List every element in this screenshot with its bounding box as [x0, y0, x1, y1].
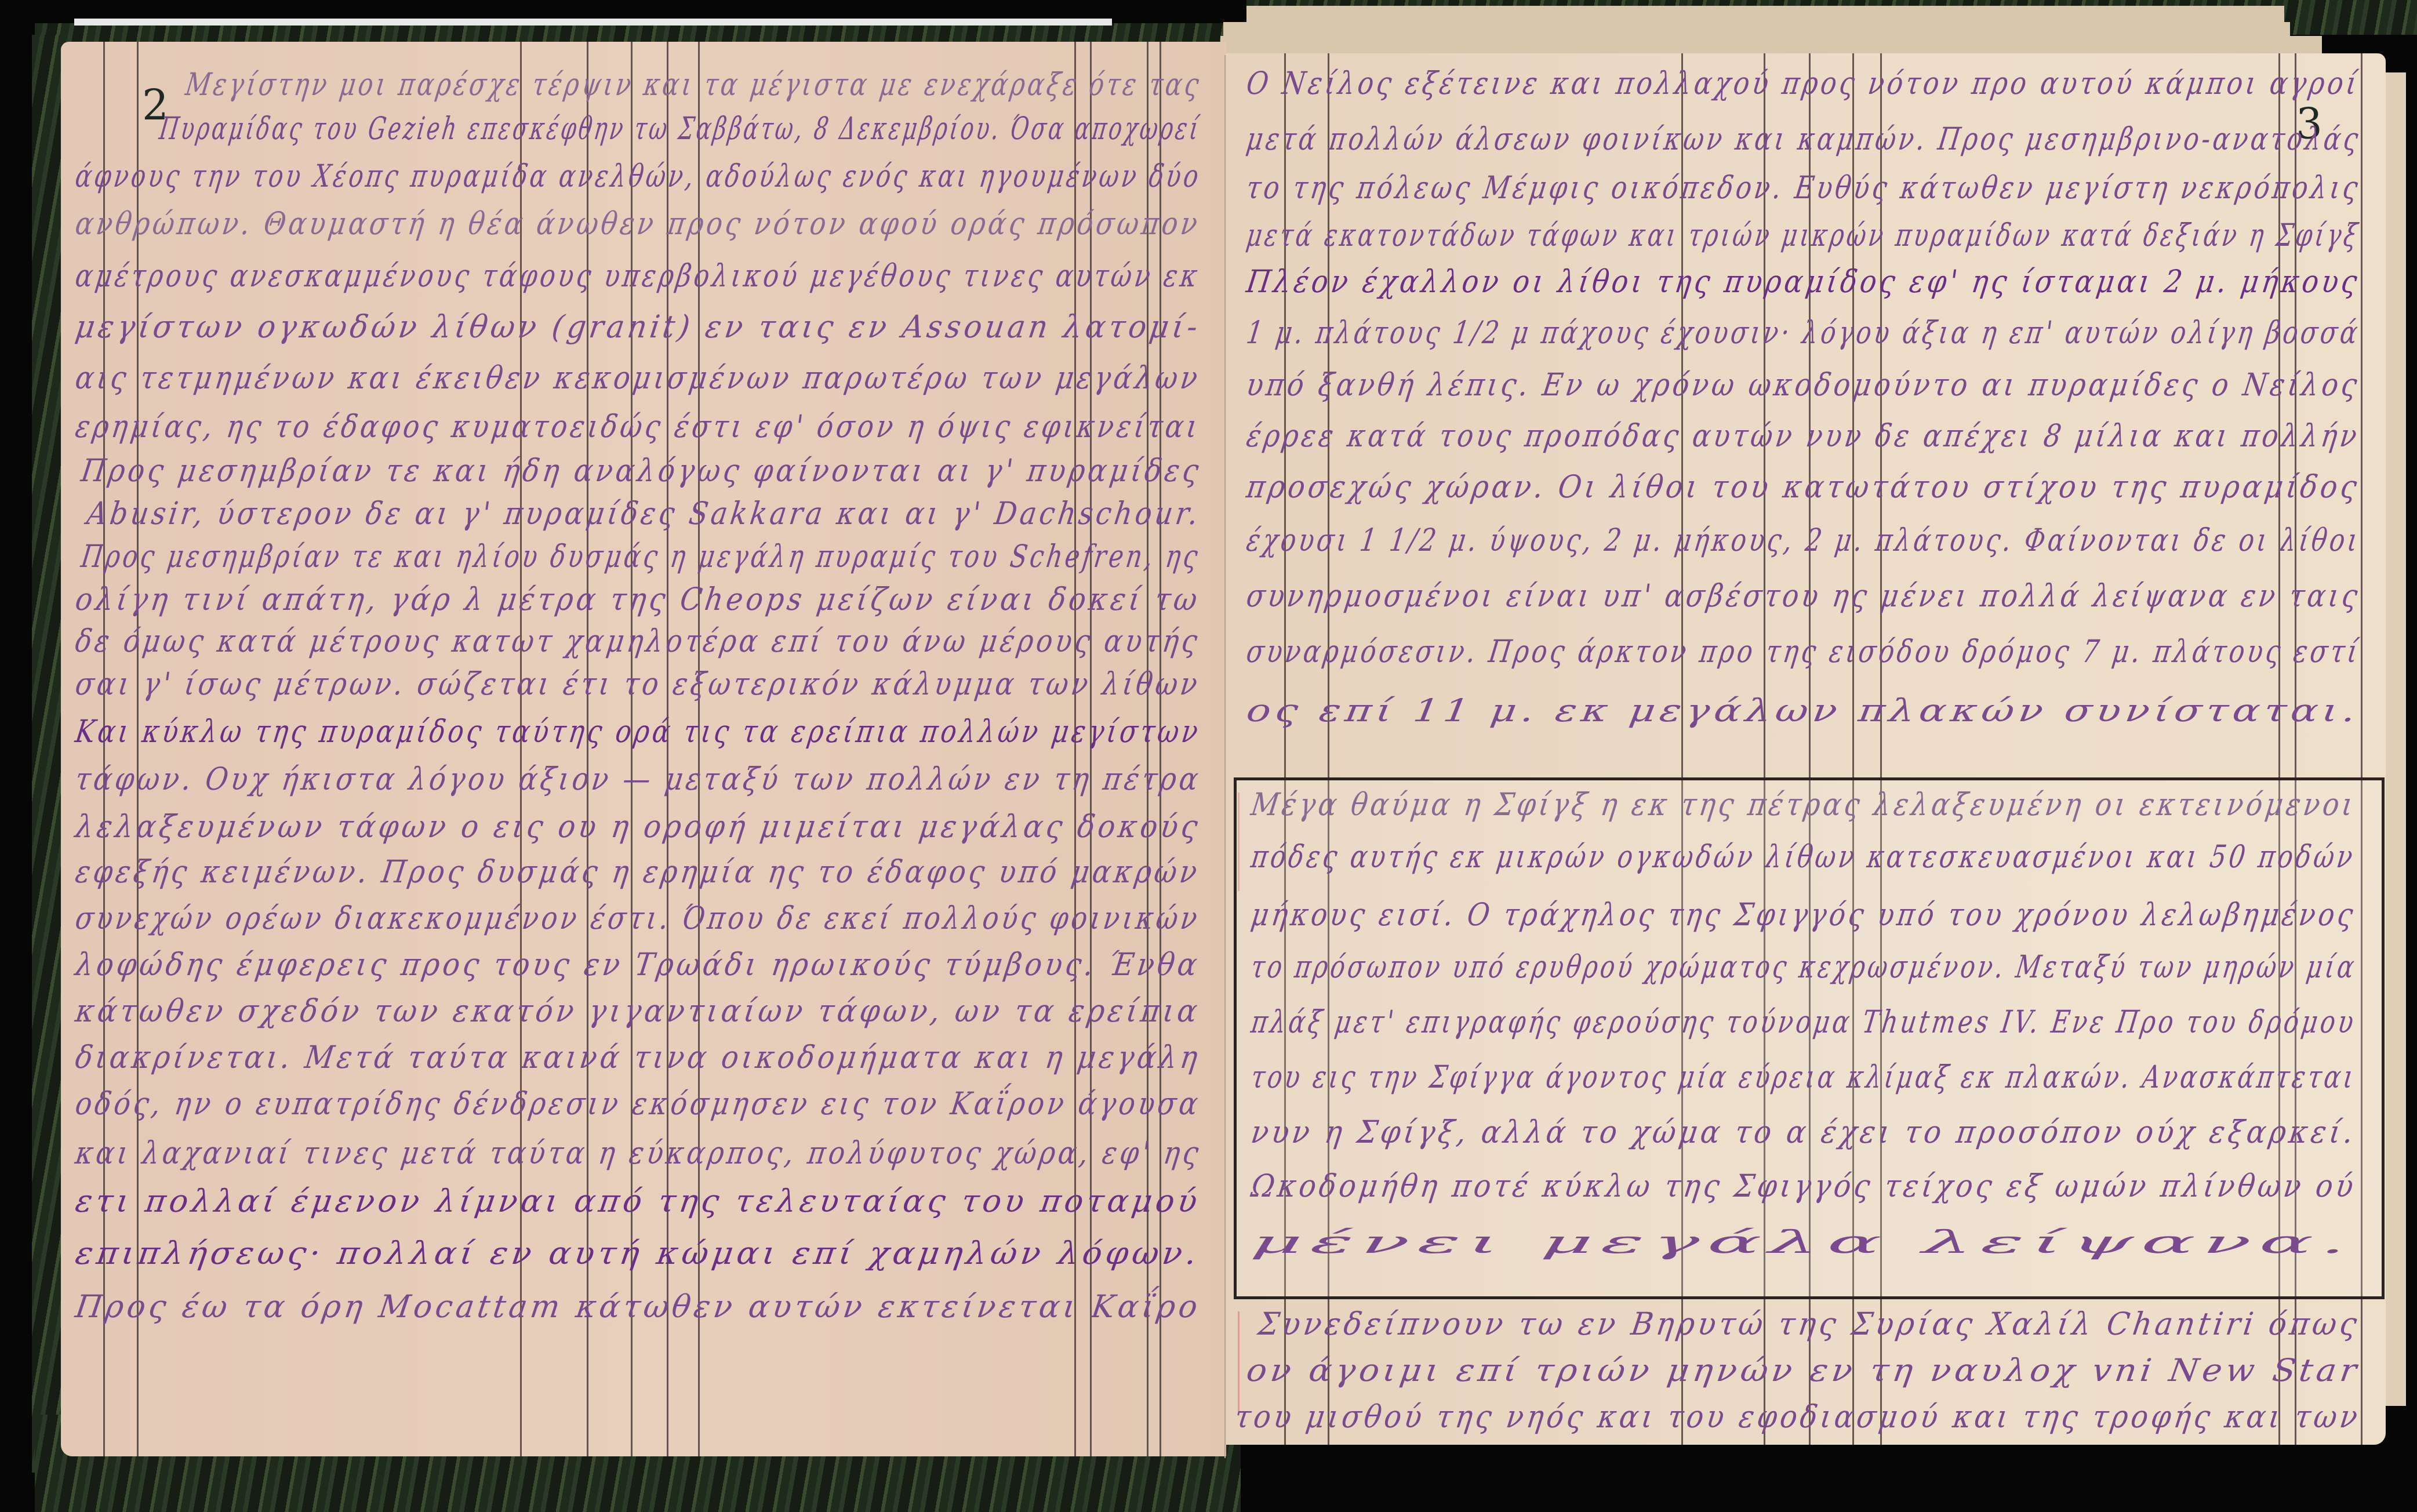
- text-line: 1 μ. πλάτους 1/2 μ πάχους έχουσιν· λόγου…: [1244, 314, 2363, 351]
- text-line: κάτωθεν σχεδόν των εκατόν γιγαντιαίων τά…: [73, 993, 1202, 1029]
- text-line: Προς μεσημβρίαν τε και ηλίου δυσμάς η με…: [79, 538, 1202, 575]
- text-line: δε όμως κατά μέτρους κατωτ χαμηλοτέρα επ…: [73, 623, 1202, 659]
- text-line: μετά εκατοντάδων τάφων και τριών μικρών …: [1244, 217, 2362, 253]
- text-line: Πλέον έχαλλον οι λίθοι της πυραμίδος εφ'…: [1244, 263, 2363, 300]
- text-line: συναρμόσεσιν. Προς άρκτον προ της εισόδο…: [1244, 633, 2363, 670]
- annotation-box[interactable]: Μέγα θαύμα η Σφίγξ η εκ της πέτρας λελαξ…: [1234, 777, 2385, 1299]
- text-line: οδός, ην ο ευπατρίδης δένδρεσιν εκόσμησε…: [73, 1085, 1203, 1122]
- text-line: λοφώδης έμφερεις προς τους εν Τρωάδι ηρω…: [73, 946, 1202, 983]
- boxed-text-line: το πρόσωπον υπό ερυθρού χρώματος κεχρωσμ…: [1249, 948, 2359, 985]
- text-line: ετι πολλαί έμενον λίμναι από της τελευτα…: [73, 1183, 1203, 1219]
- boxed-text-line: πλάξ μετ' επιγραφής φερούσης τούνομα Thu…: [1249, 1004, 2358, 1040]
- text-line: ολίγη τινί απάτη, γάρ λ μέτρα της Cheops…: [73, 581, 1202, 617]
- book-gutter: [1224, 55, 1226, 1458]
- boxed-text-line: Μέγα θαύμα η Σφίγξ η εκ της πέτρας λελαξ…: [1249, 786, 2358, 823]
- boxed-text-line: πόδες αυτής εκ μικρών ογκωδών λίθων κατε…: [1249, 838, 2358, 875]
- text-line: ανθρώπων. Θαυμαστή η θέα άνωθεν προς νότ…: [73, 205, 1202, 242]
- text-line: προσεχώς χώραν. Οι λίθοι του κατωτάτου σ…: [1244, 468, 2362, 505]
- text-line: Ο Νείλος εξέτεινε και πολλαχού προς νότο…: [1244, 65, 2362, 101]
- text-line: λελαξευμένων τάφων ο εις ου η οροφή μιμε…: [73, 808, 1203, 845]
- text-line: αις τετμημένων και έκειθεν κεκομισμένων …: [73, 359, 1203, 396]
- text-line: εφεξής κειμένων. Προς δυσμάς η ερημία ης…: [73, 853, 1202, 890]
- text-line: διακρίνεται. Μετά ταύτα καινά τινα οικοδ…: [73, 1039, 1203, 1075]
- text-line: Μεγίστην μοι παρέσχε τέρψιν και τα μέγισ…: [183, 66, 1204, 103]
- text-line: έχουσι 1 1/2 μ. ύψους, 2 μ. μήκους, 2 μ.…: [1244, 522, 2363, 558]
- text-line: Συνεδείπνουν τω εν Βηρυτώ της Συρίας Χαλ…: [1256, 1306, 2362, 1342]
- text-line: ον άγοιμι επί τριών μηνών εν τη ναυλοχ v…: [1244, 1352, 2363, 1389]
- text-line: του μισθού της νηός και του εφοδιασμού κ…: [1233, 1398, 2363, 1435]
- text-line: τάφων. Ουχ ήκιστα λόγου άξιον — μεταξύ τ…: [73, 761, 1204, 797]
- text-line: ος επί 11 μ. εκ μεγάλων πλακών συνίστατα…: [1244, 692, 2363, 729]
- text-line: αμέτρους ανεσκαμμένους τάφους υπερβολικο…: [73, 257, 1202, 294]
- text-line: το της πόλεως Μέμφις οικόπεδον. Ευθύς κά…: [1244, 169, 2363, 206]
- text-line: Προς έω τα όρη Mocattam κάτωθεν αυτών εκ…: [73, 1288, 1203, 1325]
- text-line: Και κύκλω της πυραμίδος ταύτης ορά τις τ…: [73, 713, 1203, 750]
- boxed-text-line: του εις την Σφίγγα άγοντος μία εύρεια κλ…: [1249, 1059, 2358, 1095]
- text-line: μεγίστων ογκωδών λίθων (granit) εν ταις …: [73, 308, 1203, 345]
- right-page: 3 Ο Νείλος εξέτεινε και πολλαχού προς νό…: [1226, 53, 2386, 1445]
- page-stack-3: [1220, 36, 2322, 55]
- text-line: έρρεε κατά τους προπόδας αυτών νυν δε απ…: [1244, 417, 2362, 454]
- boxed-text-line: μήκους εισί. Ο τράχηλος της Σφιγγός υπό …: [1249, 896, 2358, 933]
- text-line: υπό ξανθή λέπις. Εν ω χρόνω ωκοδομούντο …: [1244, 366, 2363, 403]
- text-line: Πυραμίδας του Gezieh επεσκέφθην τω Σαββά…: [157, 110, 1203, 147]
- text-line: μετά πολλών άλσεων φοινίκων και καμπών. …: [1244, 121, 2363, 157]
- text-line: συνηρμοσμένοι είναι υπ' ασβέστου ης μένε…: [1244, 577, 2363, 614]
- text-line: Abusir, ύστερον δε αι γ' πυραμίδες Sakka…: [85, 495, 1204, 532]
- text-line: Προς μεσημβρίαν τε και ήδη αναλόγως φαίν…: [79, 452, 1204, 489]
- text-line: ερημίας, ης το έδαφος κυματοειδώς έστι ε…: [73, 408, 1202, 445]
- boxed-text-line: μένει μεγάλα λείψανα.: [1249, 1224, 2357, 1260]
- boxed-text-line: νυν η Σφίγξ, αλλά το χώμα το α έχει το π…: [1249, 1114, 2358, 1150]
- text-line: και λαχανιαί τινες μετά ταύτα η εύκαρπος…: [73, 1135, 1204, 1171]
- text-line: άφνους την του Χέοπς πυραμίδα ανελθών, α…: [73, 158, 1204, 194]
- text-line: συνεχών ορέων διακεκομμένον έστι. Όπου δ…: [73, 900, 1202, 936]
- text-line: σαι γ' ίσως μέτρων. σώζεται έτι το εξωτε…: [73, 666, 1202, 702]
- left-page: 2 Μεγίστην μοι παρέσχε τέρψιν και τα μέγ…: [61, 42, 1226, 1456]
- text-line: επιπλήσεως· πολλαί εν αυτή κώμαι επί χαμ…: [73, 1235, 1202, 1271]
- boxed-text-line: Ωκοδομήθη ποτέ κύκλω της Σφιγγός τείχος …: [1249, 1168, 2359, 1204]
- scan-white-strip: [74, 19, 1112, 26]
